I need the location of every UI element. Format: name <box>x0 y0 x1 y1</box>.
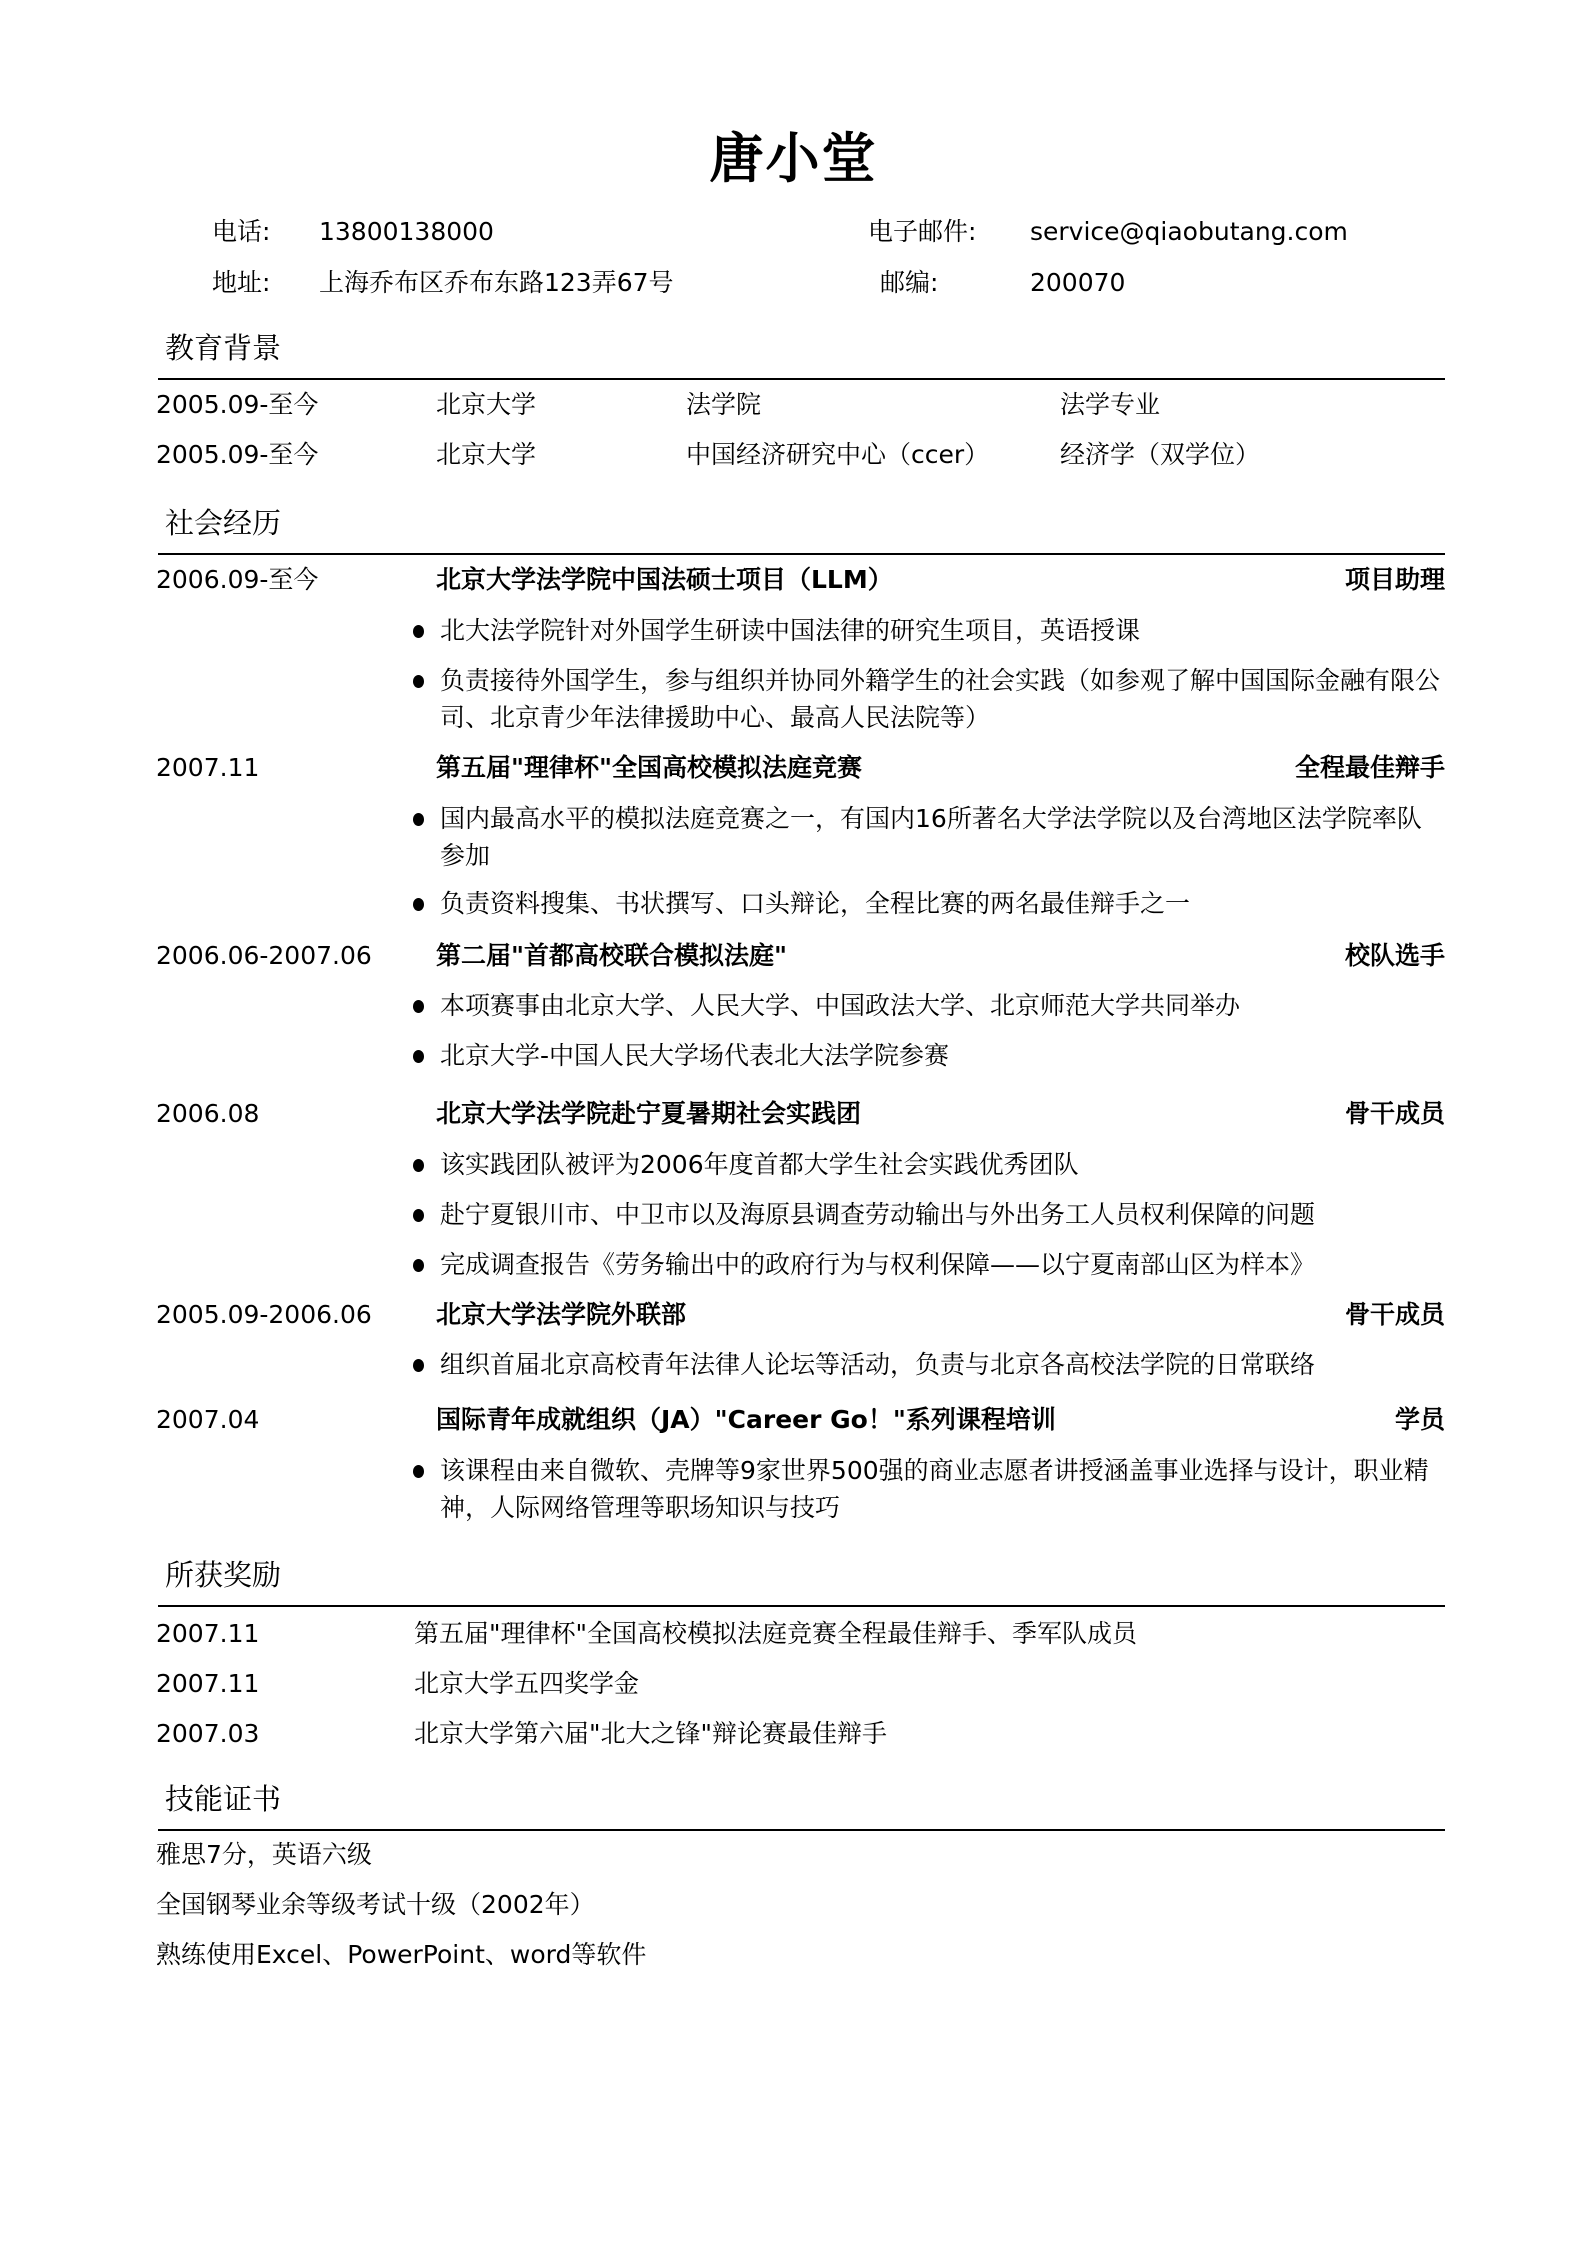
bullet-icon <box>413 1259 424 1272</box>
bullet-icon <box>413 1465 424 1478</box>
section-experience-header: 社会经历 <box>158 494 1445 555</box>
exp-bullet: 赴宁夏银川市、中卫市以及海原县调查劳动输出与外出务工人员权利保障的问题 <box>440 1196 1445 1233</box>
exp-role: 项目助理 <box>1345 563 1445 597</box>
exp-bullet: 北京大学-中国人民大学场代表北大法学院参赛 <box>440 1037 1445 1074</box>
exp-title: 国际青年成就组织（JA）"Career Go！"系列课程培训 <box>436 1403 1056 1437</box>
exp-bullet: 组织首届北京高校青年法律人论坛等活动，负责与北京各高校法学院的日常联络 <box>440 1346 1445 1383</box>
skill-item: 雅思7分，英语六级 <box>156 1838 372 1872</box>
section-title: 教育背景 <box>165 330 281 366</box>
section-awards-header: 所获奖励 <box>158 1550 1445 1607</box>
exp-bullet: 负责资料搜集、书状撰写、口头辩论，全程比赛的两名最佳辩手之一 <box>440 885 1445 922</box>
bullet-icon <box>413 813 424 826</box>
bullet-icon <box>413 1050 424 1063</box>
email-value: service@qiaobutang.com <box>1030 215 1348 249</box>
exp-bullet: 完成调查报告《劳务输出中的政府行为与权利保障——以宁夏南部山区为样本》 <box>440 1246 1445 1283</box>
edu-date: 2005.09-至今 <box>156 438 318 472</box>
award-text: 第五届"理律杯"全国高校模拟法庭竞赛全程最佳辩手、季军队成员 <box>414 1617 1137 1651</box>
section-title: 社会经历 <box>165 505 281 541</box>
exp-title: 北京大学法学院赴宁夏暑期社会实践团 <box>436 1097 861 1131</box>
section-skills-header: 技能证书 <box>158 1770 1445 1831</box>
exp-title: 北京大学法学院外联部 <box>436 1298 686 1332</box>
skill-item: 熟练使用Excel、PowerPoint、word等软件 <box>156 1938 646 1972</box>
exp-title: 第二届"首都高校联合模拟法庭" <box>436 939 787 973</box>
exp-role: 骨干成员 <box>1345 1298 1445 1332</box>
section-title: 技能证书 <box>165 1781 281 1817</box>
phone-value: 13800138000 <box>319 215 494 249</box>
edu-date: 2005.09-至今 <box>156 388 318 422</box>
bullet-icon <box>413 1159 424 1172</box>
bullet-icon <box>413 1359 424 1372</box>
zip-label: 邮编: <box>880 266 938 300</box>
email-label: 电子邮件: <box>868 215 976 249</box>
award-text: 北京大学第六届"北大之锋"辩论赛最佳辩手 <box>414 1717 887 1751</box>
award-date: 2007.03 <box>156 1717 259 1751</box>
bullet-icon <box>413 675 424 688</box>
edu-major: 经济学（双学位） <box>1060 438 1260 472</box>
exp-title: 北京大学法学院中国法硕士项目（LLM） <box>436 563 893 597</box>
edu-major: 法学专业 <box>1060 388 1160 422</box>
skill-item: 全国钢琴业余等级考试十级（2002年） <box>156 1888 595 1922</box>
address-value: 上海乔布区乔布东路123弄67号 <box>319 266 674 300</box>
zip-value: 200070 <box>1030 266 1125 300</box>
bullet-icon <box>413 1000 424 1013</box>
exp-bullet: 本项赛事由北京大学、人民大学、中国政法大学、北京师范大学共同举办 <box>440 987 1445 1024</box>
exp-role: 校队选手 <box>1345 939 1445 973</box>
exp-role: 全程最佳辩手 <box>1295 751 1445 785</box>
edu-dept: 中国经济研究中心（ccer） <box>686 438 989 472</box>
award-text: 北京大学五四奖学金 <box>414 1667 639 1701</box>
exp-bullet: 该实践团队被评为2006年度首都大学生社会实践优秀团队 <box>440 1146 1445 1183</box>
exp-bullet: 北大法学院针对外国学生研读中国法律的研究生项目，英语授课 <box>440 612 1445 649</box>
exp-date: 2007.04 <box>156 1403 259 1437</box>
exp-title: 第五届"理律杯"全国高校模拟法庭竞赛 <box>436 751 862 785</box>
exp-date: 2005.09-2006.06 <box>156 1298 372 1332</box>
resume-name: 唐小堂 <box>0 124 1587 194</box>
exp-bullet: 国内最高水平的模拟法庭竞赛之一，有国内16所著名大学法学院以及台湾地区法学院率队… <box>440 800 1445 874</box>
phone-label: 电话: <box>212 215 270 249</box>
bullet-icon <box>413 625 424 638</box>
address-label: 地址: <box>212 266 270 300</box>
award-date: 2007.11 <box>156 1667 259 1701</box>
exp-bullet: 负责接待外国学生，参与组织并协同外籍学生的社会实践（如参观了解中国国际金融有限公… <box>440 662 1445 736</box>
bullet-icon <box>413 898 424 911</box>
exp-date: 2006.06-2007.06 <box>156 939 372 973</box>
bullet-icon <box>413 1209 424 1222</box>
edu-dept: 法学院 <box>686 388 761 422</box>
exp-bullet: 该课程由来自微软、壳牌等9家世界500强的商业志愿者讲授涵盖事业选择与设计，职业… <box>440 1452 1445 1526</box>
exp-date: 2006.09-至今 <box>156 563 318 597</box>
edu-school: 北京大学 <box>436 388 536 422</box>
exp-role: 骨干成员 <box>1345 1097 1445 1131</box>
award-date: 2007.11 <box>156 1617 259 1651</box>
resume-page: 唐小堂 电话: 13800138000 电子邮件: service@qiaobu… <box>0 0 1587 2244</box>
exp-role: 学员 <box>1395 1403 1445 1437</box>
edu-school: 北京大学 <box>436 438 536 472</box>
section-title: 所获奖励 <box>165 1557 281 1593</box>
section-education-header: 教育背景 <box>158 322 1445 380</box>
exp-date: 2006.08 <box>156 1097 259 1131</box>
exp-date: 2007.11 <box>156 751 259 785</box>
